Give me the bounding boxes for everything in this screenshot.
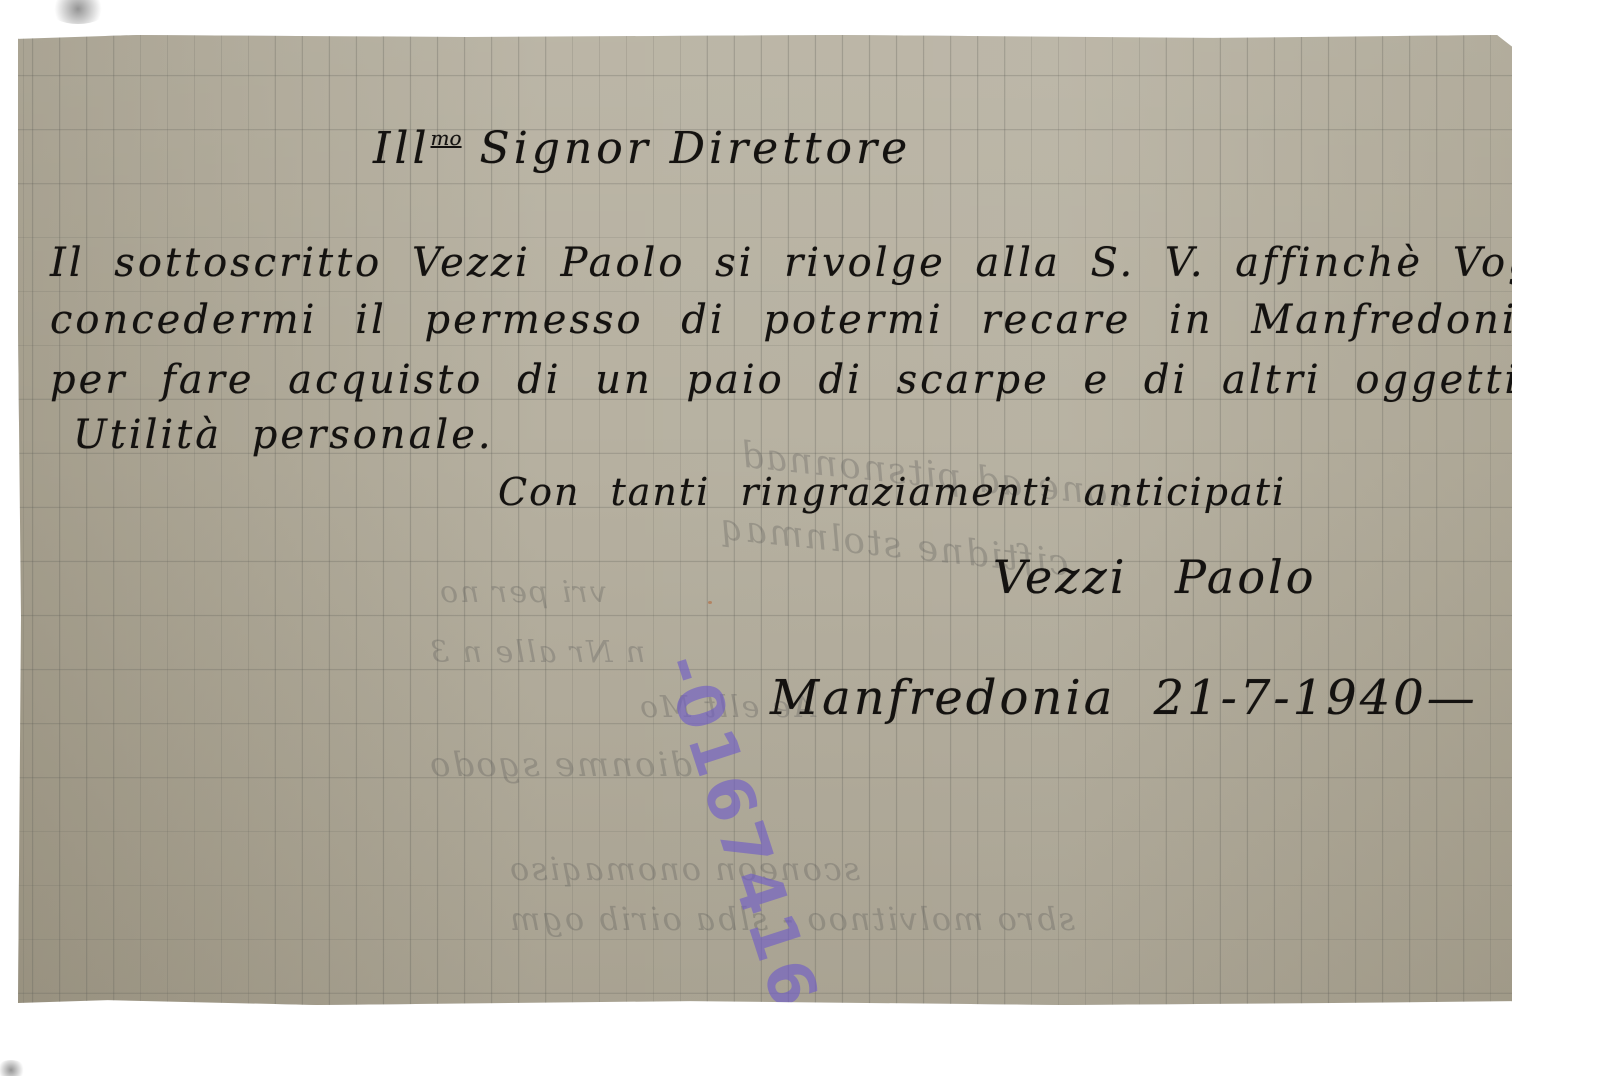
scan-speck-bottom-left (0, 1060, 26, 1076)
bleed-through-line: dionme sgodo (428, 745, 692, 785)
body-line-4: Utilità personale. (73, 412, 494, 458)
signature: Vezzi Paolo (993, 550, 1316, 604)
bleed-through-line: n Nr alle n 3 (428, 635, 645, 670)
scan-speck-top-left (48, 0, 108, 24)
body-line-1: Il sottoscritto Vezzi Paolo si rivolge a… (50, 240, 1512, 286)
stain-spot (708, 601, 712, 604)
salutation: Illmo Signor Direttore (373, 123, 911, 174)
letter-paper: vri per no n Nr alle n 3 Ae ellt Mo dion… (18, 35, 1512, 1005)
salutation-superscript: mo (431, 126, 462, 150)
place-and-date: Manfredonia 21-7-1940— (770, 670, 1478, 726)
body-line-3: per fare acquisto di un paio di scarpe e… (50, 357, 1512, 403)
bleed-through-line: sconeon onomaqiso (508, 850, 860, 888)
closing-line: Con tanti ringraziamenti anticipati (498, 470, 1286, 514)
salutation-prefix: Ill (373, 123, 431, 174)
salutation-rest: Signor Direttore (480, 123, 912, 174)
body-line-2: concedermi il permesso di potermi recare… (50, 297, 1512, 343)
bleed-through-line: vri per no (438, 575, 607, 610)
